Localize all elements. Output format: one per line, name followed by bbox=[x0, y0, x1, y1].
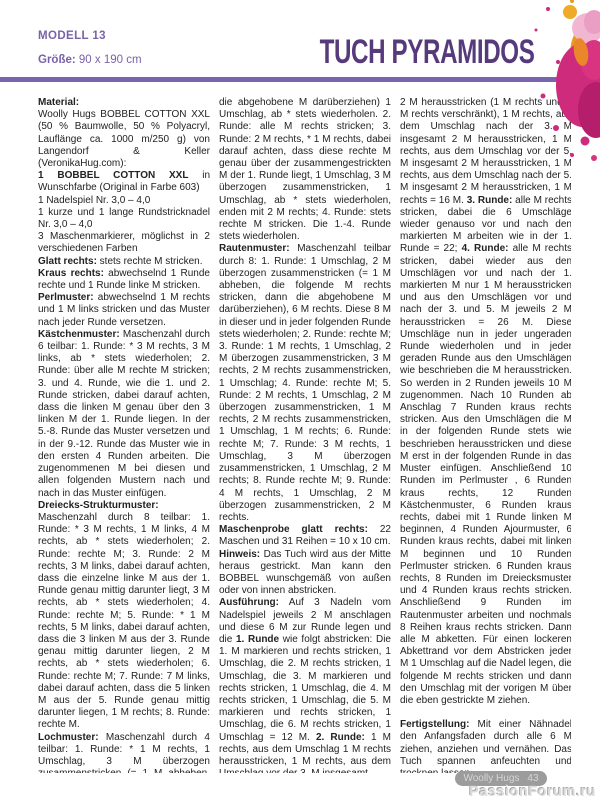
para-rautenmuster: Rautenmuster: Maschenzahl teilbar durch … bbox=[219, 243, 391, 524]
para-material-heading: Material: bbox=[38, 97, 210, 109]
model-number-label: MODELL 13 bbox=[38, 30, 106, 42]
para-yarn-info: Woolly Hugs BOBBEL COTTON XXL (50 % Baum… bbox=[38, 109, 210, 170]
para-lochmuster-continued: die abgehobene M darüberziehen) 1 Umschl… bbox=[219, 97, 391, 243]
para-perlmuster: Perlmuster: abwechselnd 1 M rechts und 1… bbox=[38, 292, 210, 329]
para-dreiecks-strukturmuster: Dreiecks-Strukturmuster: Maschenzahl dur… bbox=[38, 500, 210, 732]
para-glatt-rechts: Glatt rechts: stets rechte M stricken. bbox=[38, 256, 210, 268]
para-needles-2: 1 kurze und 1 lange Rundstricknadel Nr. … bbox=[38, 207, 210, 231]
para-maschenprobe: Maschenprobe glatt rechts: 22 Maschen un… bbox=[219, 524, 391, 548]
column-2: die abgehobene M darüberziehen) 1 Umschl… bbox=[219, 97, 391, 773]
para-lochmuster: Lochmuster: Maschenzahl durch 4 teilbar:… bbox=[38, 732, 210, 773]
para-hinweis: Hinweis: Das Tuch wird aus der Mitte her… bbox=[219, 549, 391, 598]
size-label: Größe: 90 x 190 cm bbox=[38, 54, 142, 66]
para-markers: 3 Maschenmarkierer, möglichst in 2 versc… bbox=[38, 231, 210, 255]
para-ausfuehrung-continued: 2 M herausstricken (1 M rechts und 1 M r… bbox=[400, 97, 571, 707]
para-kaestchenmuster: Kästchenmuster: Maschenzahl durch 6 teil… bbox=[38, 329, 210, 500]
badge-brand: Woolly Hugs bbox=[463, 773, 519, 784]
badge-page-number: 43 bbox=[527, 773, 538, 784]
size-label-key: Größe: bbox=[38, 54, 76, 66]
size-label-value: 90 x 190 cm bbox=[76, 54, 142, 66]
watermark-text: PassionForum.ru bbox=[469, 784, 596, 800]
page-title: TUCH PYRAMIDOS bbox=[319, 34, 534, 69]
para-fertigstellung: Fertigstellung: Mit einer Nähnadel den A… bbox=[400, 719, 571, 773]
para-needles-1: 1 Nadelspiel Nr. 3,0 – 4,0 bbox=[38, 195, 210, 207]
pattern-text-columns: Material: Woolly Hugs BOBBEL COTTON XXL … bbox=[38, 97, 571, 773]
header-divider-rule bbox=[0, 77, 600, 82]
watercolor-splash-decoration bbox=[528, 0, 600, 170]
para-ausfuehrung: Ausführung: Auf 3 Nadeln vom Nadelspiel … bbox=[219, 597, 391, 773]
column-3: 2 M herausstricken (1 M rechts und 1 M r… bbox=[400, 97, 571, 773]
column-1: Material: Woolly Hugs BOBBEL COTTON XXL … bbox=[38, 97, 210, 773]
magazine-page: { "header": { "model": "MODELL 13", "siz… bbox=[0, 0, 600, 800]
para-kraus-rechts: Kraus rechts: abwechselnd 1 Runde rechte… bbox=[38, 268, 210, 292]
para-bobbel: 1 BOBBEL COTTON XXL in Wunschfarbe (Orig… bbox=[38, 170, 210, 194]
